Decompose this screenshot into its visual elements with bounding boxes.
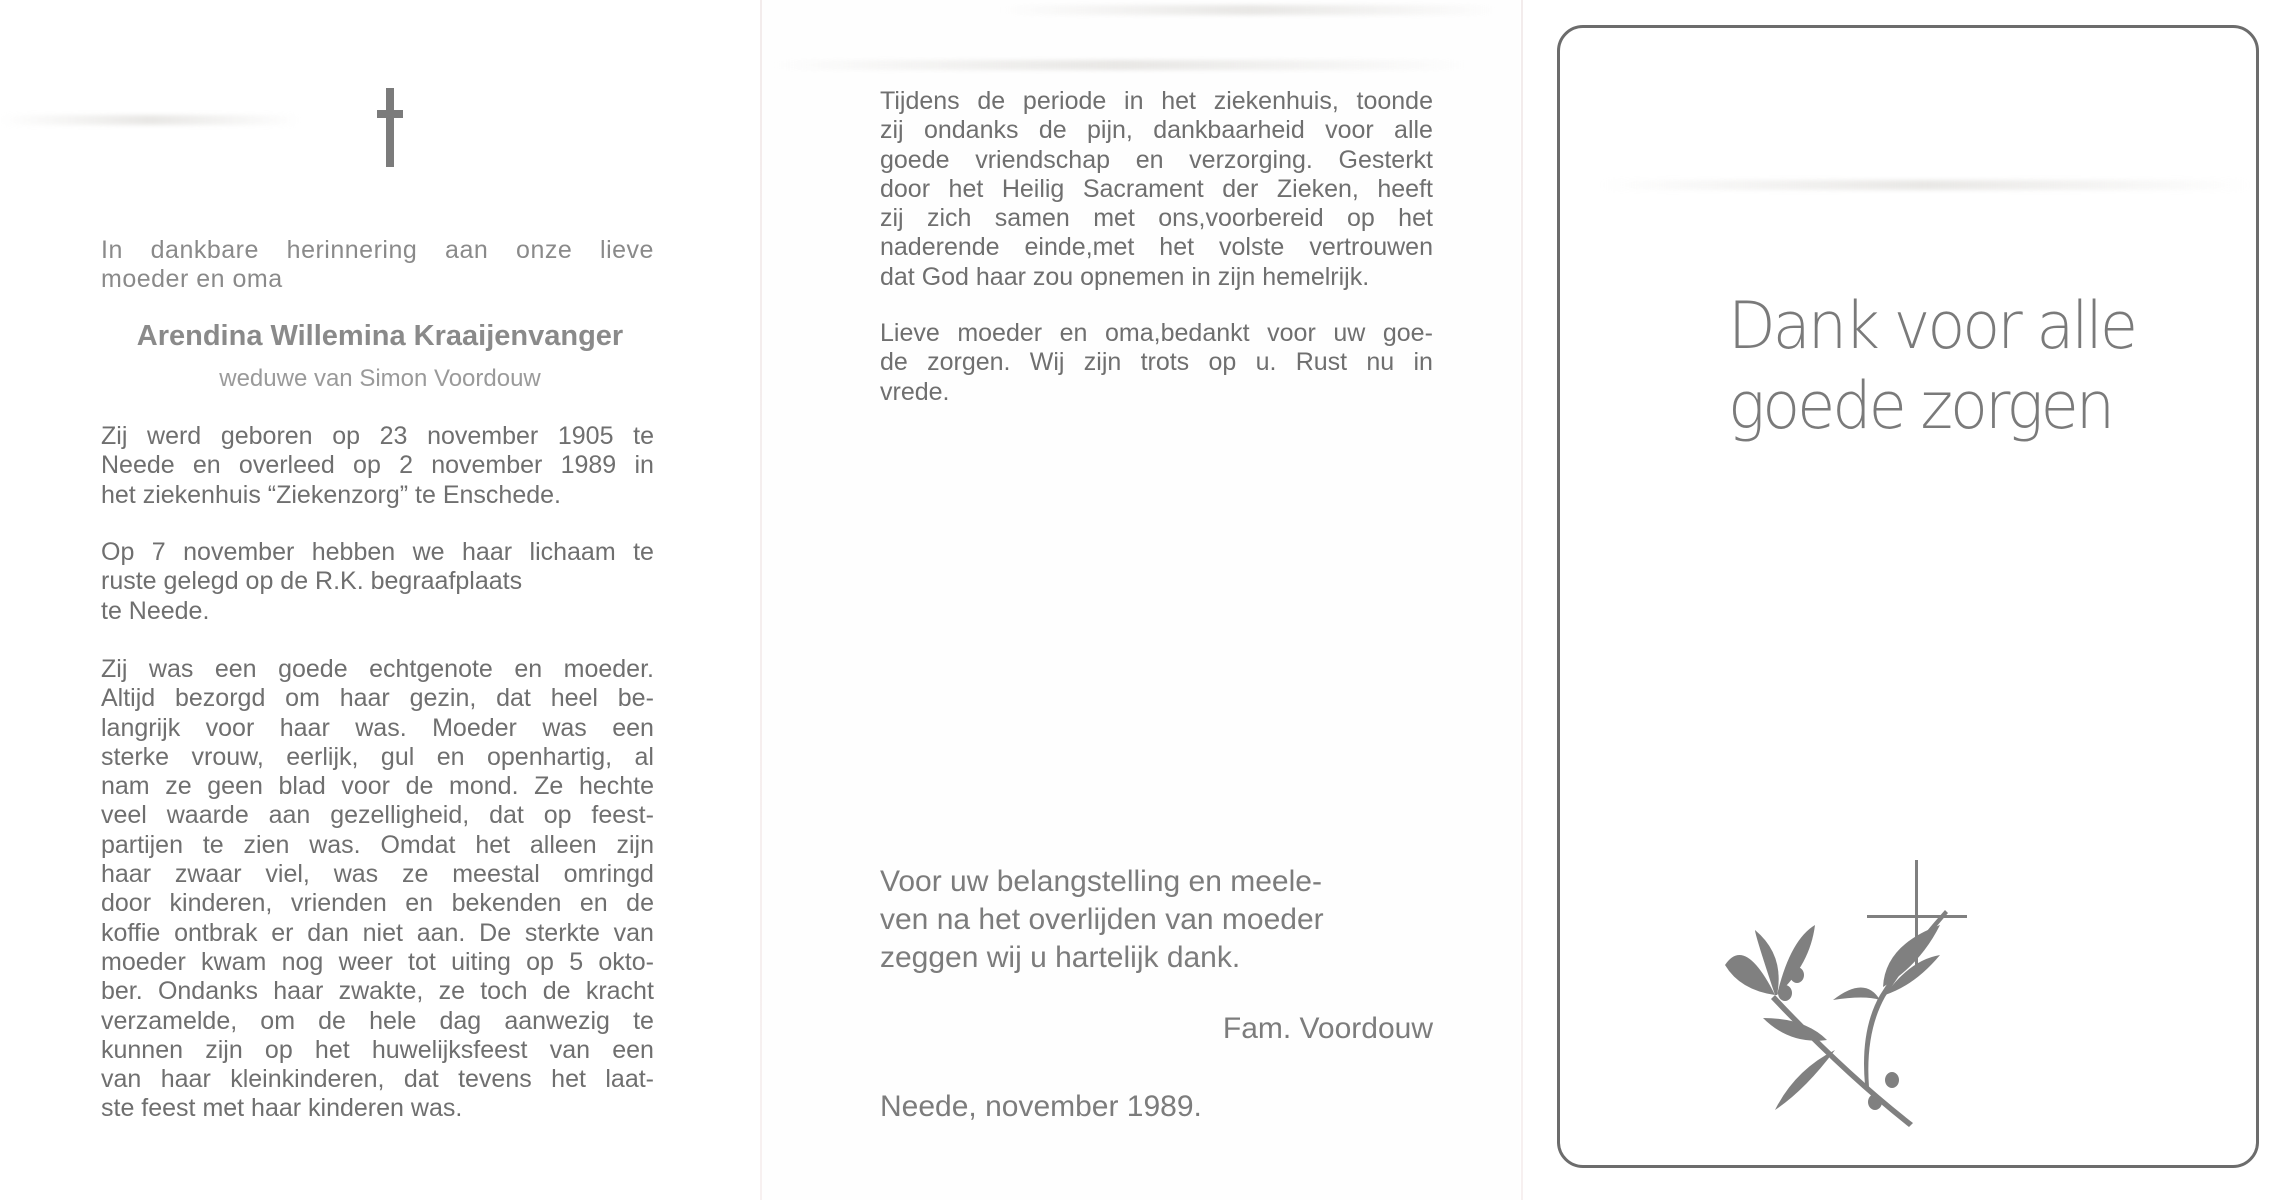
- card-title-line: goede zorgen: [1728, 366, 2135, 446]
- deceased-name: Arendina Willemina Kraaijenvanger: [0, 320, 760, 353]
- text-line: zeggen wij u hartelijk dank.: [880, 939, 1433, 977]
- text-line: Altijdbezorgdomhaargezin,datheelbe-: [101, 684, 654, 713]
- widow-of: weduwe van Simon Voordouw: [0, 365, 760, 393]
- text-line: Voor uw belangstelling en meele-: [880, 863, 1433, 901]
- text-line: doorkinderen,vriendenenbekendenende: [101, 889, 654, 918]
- text-line: het ziekenhuis “Ziekenzorg” te Enschede.: [101, 481, 654, 510]
- text-line: Needeenoverleedop2november1989in: [101, 451, 654, 480]
- fold-line: [1521, 0, 1523, 1200]
- text-line: kunnenzijnophethuwelijksfeestvaneen: [101, 1036, 654, 1065]
- text-line: ste feest met haar kinderen was.: [101, 1094, 654, 1123]
- text-line: naderendeeinde,methetvolstevertrouwen: [880, 233, 1433, 262]
- text-line: haarzwaarviel,waszemeestalomringd: [101, 860, 654, 889]
- thanks-message: Voor uw belangstelling en meele-ven na h…: [880, 863, 1433, 977]
- text-line: ven na het overlijden van moeder: [880, 901, 1433, 939]
- text-line: Zijwerdgeborenop23november1905te: [101, 422, 654, 451]
- text-line: sterkevrouw,eerlijk,gulenopenhartig,al: [101, 743, 654, 772]
- text-line: dat God haar zou opnemen in zijn hemelri…: [880, 263, 1433, 292]
- text-line: doorhetHeiligSacramentderZieken,heeft: [880, 175, 1433, 204]
- text-line: moederkwamnogweertotuitingop5okto-: [101, 948, 654, 977]
- text-line: vrede.: [880, 378, 1433, 407]
- text-line: veelwaardeaangezelligheid,datopfeest-: [101, 801, 654, 830]
- text-line: langrijkvoorhaarwas.Moederwaseen: [101, 714, 654, 743]
- cross-with-olive-branch-icon: [1715, 855, 2035, 1155]
- text-line: Zijwaseengoedeechtgenoteenmoeder.: [101, 655, 654, 684]
- text-line: verzamelde,omdeheledagaanwezigte: [101, 1007, 654, 1036]
- text-line: Lievemoederenoma,bedanktvooruwgoe-: [880, 319, 1433, 348]
- paragraph-life: Zijwaseengoedeechtgenoteenmoeder.Altijdb…: [101, 655, 654, 1124]
- cross-icon: [377, 88, 403, 167]
- text-line: dezorgen.Wijzijntrotsopu.Rustnuin: [880, 348, 1433, 377]
- text-line: Op7novemberhebbenwehaarlichaamte: [101, 538, 654, 567]
- scan-smudge: [0, 115, 300, 125]
- fold-line: [760, 0, 762, 1200]
- scan-smudge: [1000, 5, 1500, 15]
- card-title: Dank voor alle goede zorgen: [1728, 286, 2135, 446]
- text-line: ruste gelegd op de R.K. begraafplaats: [101, 567, 654, 596]
- text-line: namzegeenbladvoordemond.Zehechte: [101, 772, 654, 801]
- text-line: koffieontbrakerdannietaan.Desterktevan: [101, 919, 654, 948]
- paragraph-farewell: Lievemoederenoma,bedanktvooruwgoe-dezorg…: [880, 319, 1433, 407]
- text-line: vanhaarkleinkinderen,dattevenshetlaat-: [101, 1065, 654, 1094]
- intro-line: Indankbareherinneringaanonzelieve: [101, 236, 654, 265]
- text-line: zijzichsamenmetons,voorbereidophet: [880, 204, 1433, 233]
- text-line: ber.Ondankshaarzwakte,zetochdekracht: [101, 977, 654, 1006]
- paragraph-birth: Zijwerdgeborenop23november1905teNeedeeno…: [101, 422, 654, 510]
- text-line: zijondanksdepijn,dankbaarheidvooralle: [880, 116, 1433, 145]
- intro-text: Indankbareherinneringaanonzelieve moeder…: [101, 236, 654, 295]
- text-line: Tijdensdeperiodeinhetziekenhuis,toonde: [880, 87, 1433, 116]
- signature: Fam. Voordouw: [880, 1012, 1433, 1046]
- intro-line: moeder en oma: [101, 265, 654, 294]
- scan-smudge: [770, 60, 1470, 70]
- text-line: partijentezienwas.Omdathetalleenzijn: [101, 831, 654, 860]
- text-line: goedevriendschapenverzorging.Gesterkt: [880, 146, 1433, 175]
- card-title-line: Dank voor alle: [1728, 286, 2135, 366]
- paragraph-hospital: Tijdensdeperiodeinhetziekenhuis,toondezi…: [880, 87, 1433, 292]
- paragraph-burial: Op7novemberhebbenwehaarlichaamteruste ge…: [101, 538, 654, 626]
- text-line: te Neede.: [101, 597, 654, 626]
- place-date: Neede, november 1989.: [880, 1090, 1202, 1124]
